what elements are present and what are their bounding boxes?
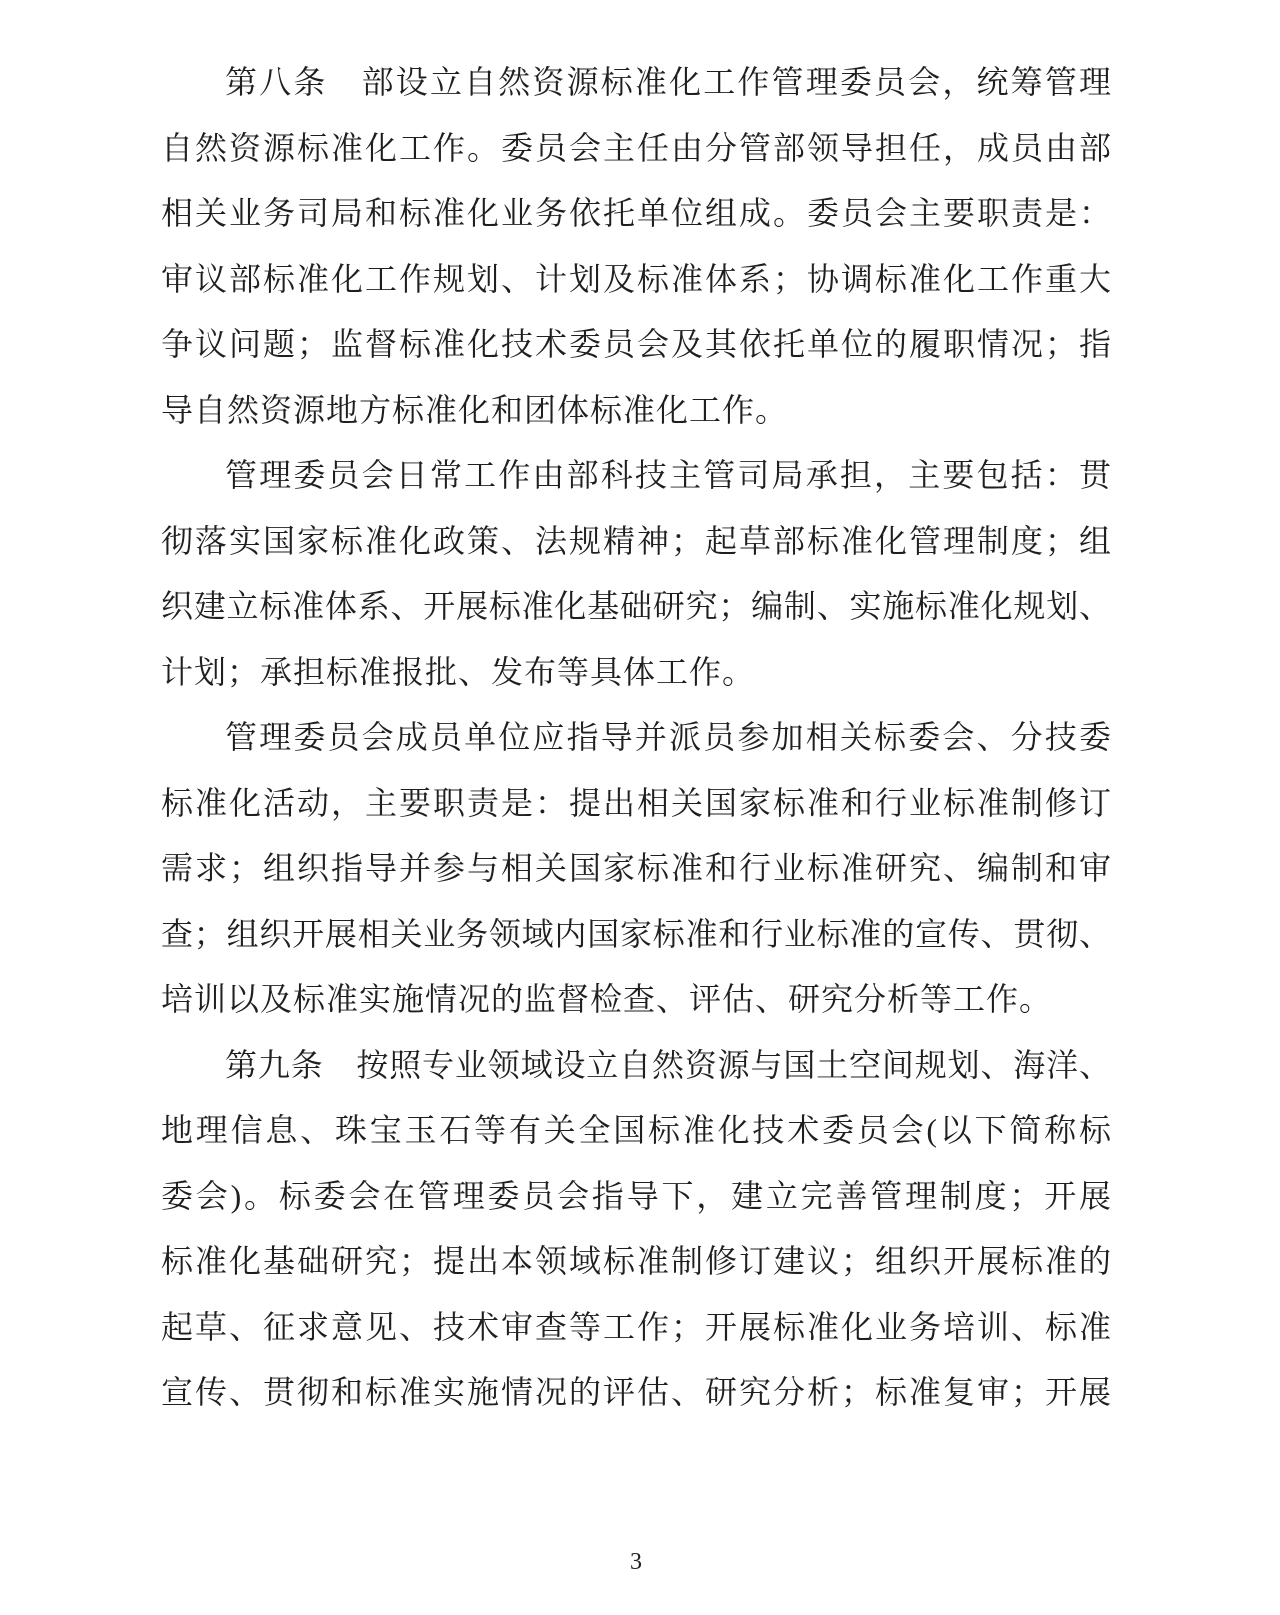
text-line: 管理委员会日常工作由部科技主管司局承担，主要包括：贯 xyxy=(161,443,1111,509)
text-line: 委会)。标委会在管理委员会指导下，建立完善管理制度；开展 xyxy=(161,1164,1111,1230)
text-line: 自然资源标准化工作。委员会主任由分管部领导担任，成员由部 xyxy=(161,116,1111,182)
text-line: 起草、征求意见、技术审查等工作；开展标准化业务培训、标准 xyxy=(161,1295,1111,1361)
text-line: 宣传、贯彻和标准实施情况的评估、研究分析；标准复审；开展 xyxy=(161,1360,1111,1426)
text-line: 织建立标准体系、开展标准化基础研究；编制、实施标准化规划、 xyxy=(161,574,1111,640)
text-line: 标准化活动，主要职责是：提出相关国家标准和行业标准制修订 xyxy=(161,771,1111,837)
text-line: 标准化基础研究；提出本领域标准制修订建议；组织开展标准的 xyxy=(161,1229,1111,1295)
text-line: 争议问题；监督标准化技术委员会及其依托单位的履职情况；指 xyxy=(161,312,1111,378)
paragraph: 第八条 部设立自然资源标准化工作管理委员会，统筹管理 自然资源标准化工作。委员会… xyxy=(161,50,1111,443)
text-line: 第九条 按照专业领域设立自然资源与国土空间规划、海洋、 xyxy=(161,1033,1111,1099)
text-line: 需求；组织指导并参与相关国家标准和行业标准研究、编制和审 xyxy=(161,836,1111,902)
document-page: 第八条 部设立自然资源标准化工作管理委员会，统筹管理 自然资源标准化工作。委员会… xyxy=(0,0,1280,1615)
paragraph: 第九条 按照专业领域设立自然资源与国土空间规划、海洋、 地理信息、珠宝玉石等有关… xyxy=(161,1033,1111,1426)
paragraph: 管理委员会日常工作由部科技主管司局承担，主要包括：贯 彻落实国家标准化政策、法规… xyxy=(161,443,1111,705)
text-line: 彻落实国家标准化政策、法规精神；起草部标准化管理制度；组 xyxy=(161,509,1111,575)
text-line: 第八条 部设立自然资源标准化工作管理委员会，统筹管理 xyxy=(161,50,1111,116)
paragraph: 管理委员会成员单位应指导并派员参加相关标委会、分技委 标准化活动，主要职责是：提… xyxy=(161,705,1111,1033)
text-line: 地理信息、珠宝玉石等有关全国标准化技术委员会(以下简称标 xyxy=(161,1098,1111,1164)
document-body: 第八条 部设立自然资源标准化工作管理委员会，统筹管理 自然资源标准化工作。委员会… xyxy=(161,50,1111,1426)
text-line: 查；组织开展相关业务领域内国家标准和行业标准的宣传、贯彻、 xyxy=(161,902,1111,968)
text-line: 计划；承担标准报批、发布等具体工作。 xyxy=(161,640,1111,706)
text-line: 审议部标准化工作规划、计划及标准体系；协调标准化工作重大 xyxy=(161,247,1111,313)
text-line: 培训以及标准实施情况的监督检查、评估、研究分析等工作。 xyxy=(161,967,1111,1033)
text-line: 相关业务司局和标准化业务依托单位组成。委员会主要职责是： xyxy=(161,181,1111,247)
text-line: 导自然资源地方标准化和团体标准化工作。 xyxy=(161,378,1111,444)
text-line: 管理委员会成员单位应指导并派员参加相关标委会、分技委 xyxy=(161,705,1111,771)
page-number: 3 xyxy=(161,1546,1111,1578)
